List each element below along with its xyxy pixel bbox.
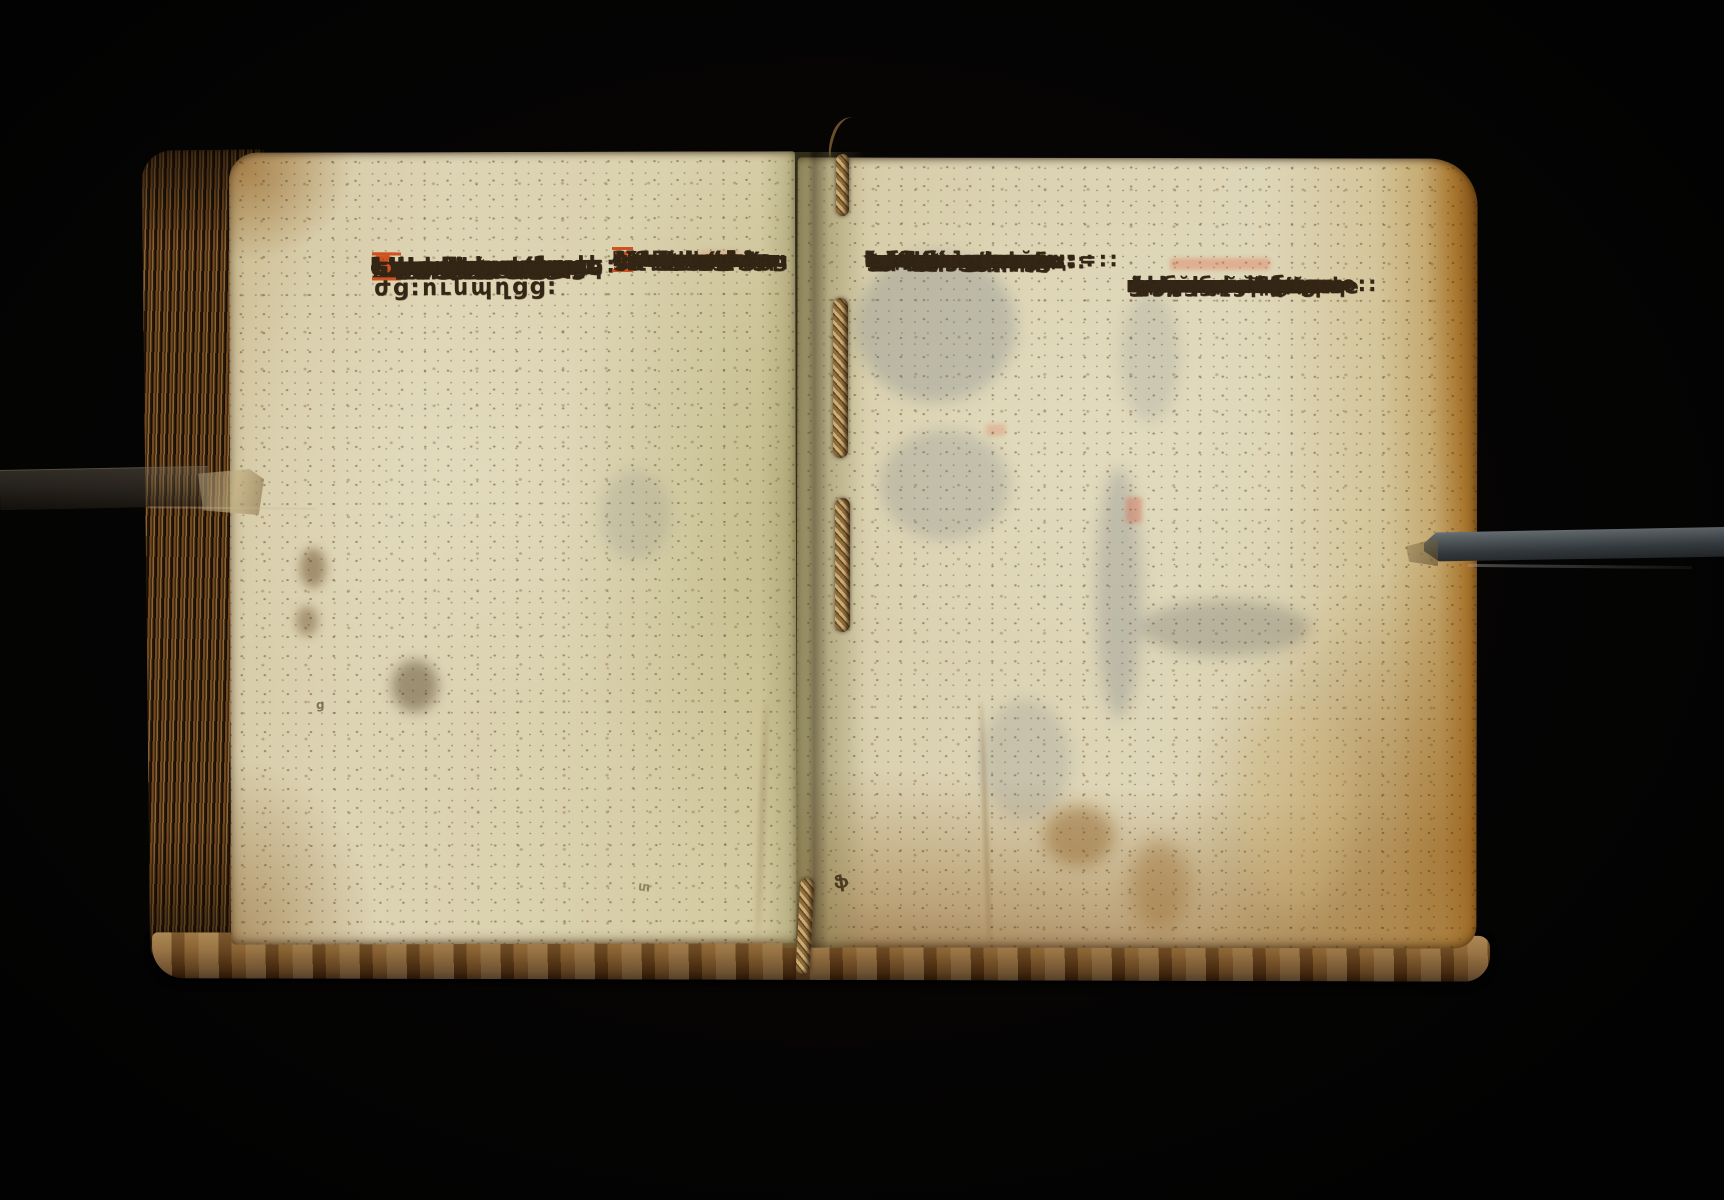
manuscript-photo-scene: ժψս:կո:ψցփ:ոփн::եսФեժց:ունպղցց:ղեկխ:եψпր…	[0, 0, 1724, 1200]
ink-glyphs: йебн: ф: ецен::	[1130, 271, 1346, 298]
doodle-mark: ց	[316, 698, 324, 712]
text-columns: ժψս:կո:ψցփ:ոփн::եսФեժց:ունպղցց:ղեկխ:եψпր…	[0, 0, 1724, 1200]
ink-glyphs: սеձђнцне:щбя::	[866, 247, 1088, 276]
col-3: щеսկц:ցпкпկрпցр:φձркաн:щցծе:пщц:պնкծц:ցе…	[866, 247, 1098, 248]
ink-glyphs: եщ:ցεпցψ:ֆցցե:	[374, 250, 618, 282]
col-1: ժψս:կո:ψցփ:ոփн::եսФեժց:ունպղցց:ղեկխ:եψпր…	[372, 252, 617, 253]
doodle-mark: տ	[637, 879, 651, 896]
glass-strap-left	[0, 466, 208, 510]
ink-glyphs: ցеկֆелце:	[614, 247, 749, 272]
